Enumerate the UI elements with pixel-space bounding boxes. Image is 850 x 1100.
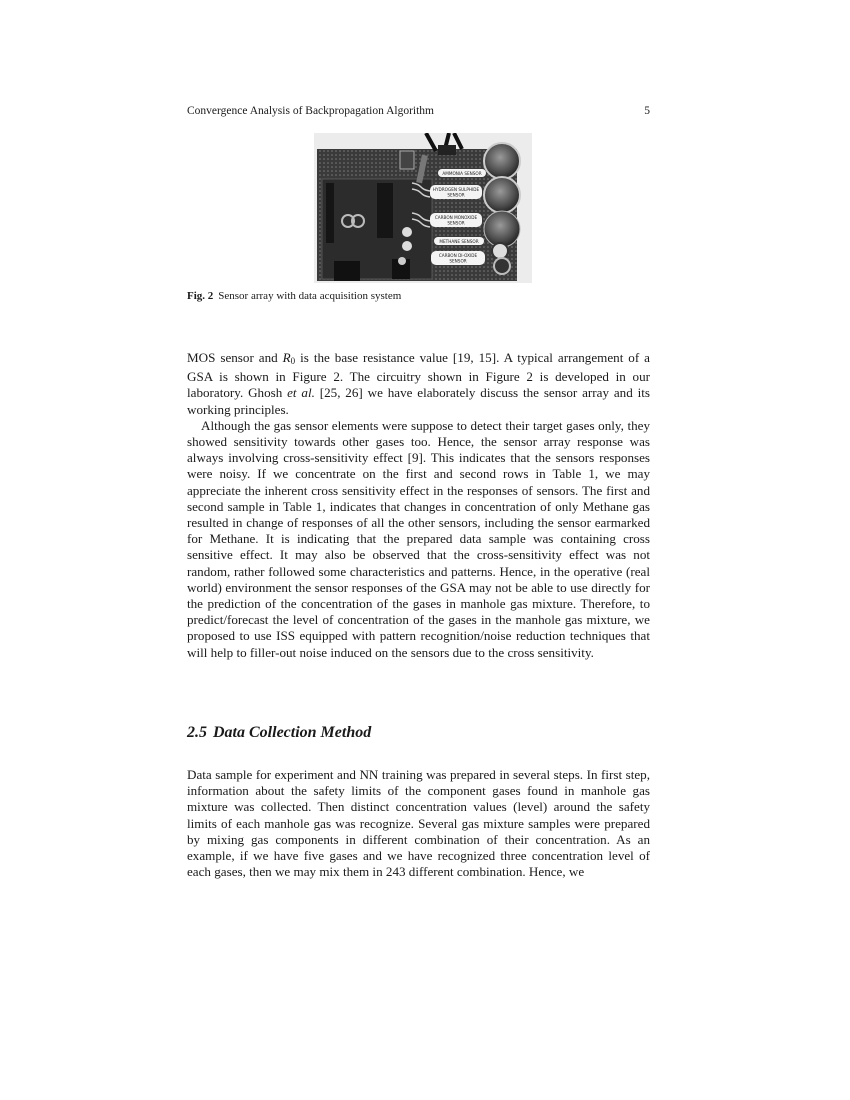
circuit-board-image: AMMONIA SENSOR HYDROGEN SULPHIDE SENSOR … bbox=[314, 133, 532, 283]
section-number: 2.5 bbox=[187, 724, 207, 741]
svg-text:HYDROGEN SULPHIDE: HYDROGEN SULPHIDE bbox=[433, 187, 480, 192]
figure-caption: Fig. 2Sensor array with data acquisition… bbox=[187, 290, 401, 302]
paragraph-sensor-arrangement: MOS sensor and R0 is the base resistance… bbox=[187, 350, 650, 418]
svg-text:CARBON DI-OXIDE: CARBON DI-OXIDE bbox=[439, 253, 478, 258]
svg-text:SENSOR: SENSOR bbox=[447, 193, 464, 198]
paragraph-cross-sensitivity: Although the gas sensor elements were su… bbox=[187, 418, 650, 661]
svg-text:CARBON MONOXIDE: CARBON MONOXIDE bbox=[435, 215, 478, 220]
figure-caption-text: Sensor array with data acquisition syste… bbox=[218, 290, 401, 302]
svg-text:SENSOR: SENSOR bbox=[449, 259, 466, 264]
svg-text:METHANE SENSOR: METHANE SENSOR bbox=[439, 239, 478, 244]
section-title: Data Collection Method bbox=[213, 724, 371, 741]
body-text-block: MOS sensor and R0 is the base resistance… bbox=[187, 350, 650, 661]
paragraph-data-collection: Data sample for experiment and NN traini… bbox=[187, 767, 650, 880]
section-body: Data sample for experiment and NN traini… bbox=[187, 767, 650, 880]
svg-text:AMMONIA SENSOR: AMMONIA SENSOR bbox=[442, 171, 481, 176]
r-zero-symbol: R bbox=[283, 350, 291, 365]
svg-text:SENSOR: SENSOR bbox=[447, 221, 464, 226]
figure-label: Fig. 2 bbox=[187, 290, 213, 302]
sensor-array-photo: AMMONIA SENSOR HYDROGEN SULPHIDE SENSOR … bbox=[314, 133, 532, 283]
section-heading: 2.5Data Collection Method bbox=[187, 724, 371, 742]
running-title: Convergence Analysis of Backpropagation … bbox=[187, 105, 434, 117]
running-header: Convergence Analysis of Backpropagation … bbox=[187, 105, 650, 117]
page-number: 5 bbox=[644, 105, 650, 117]
